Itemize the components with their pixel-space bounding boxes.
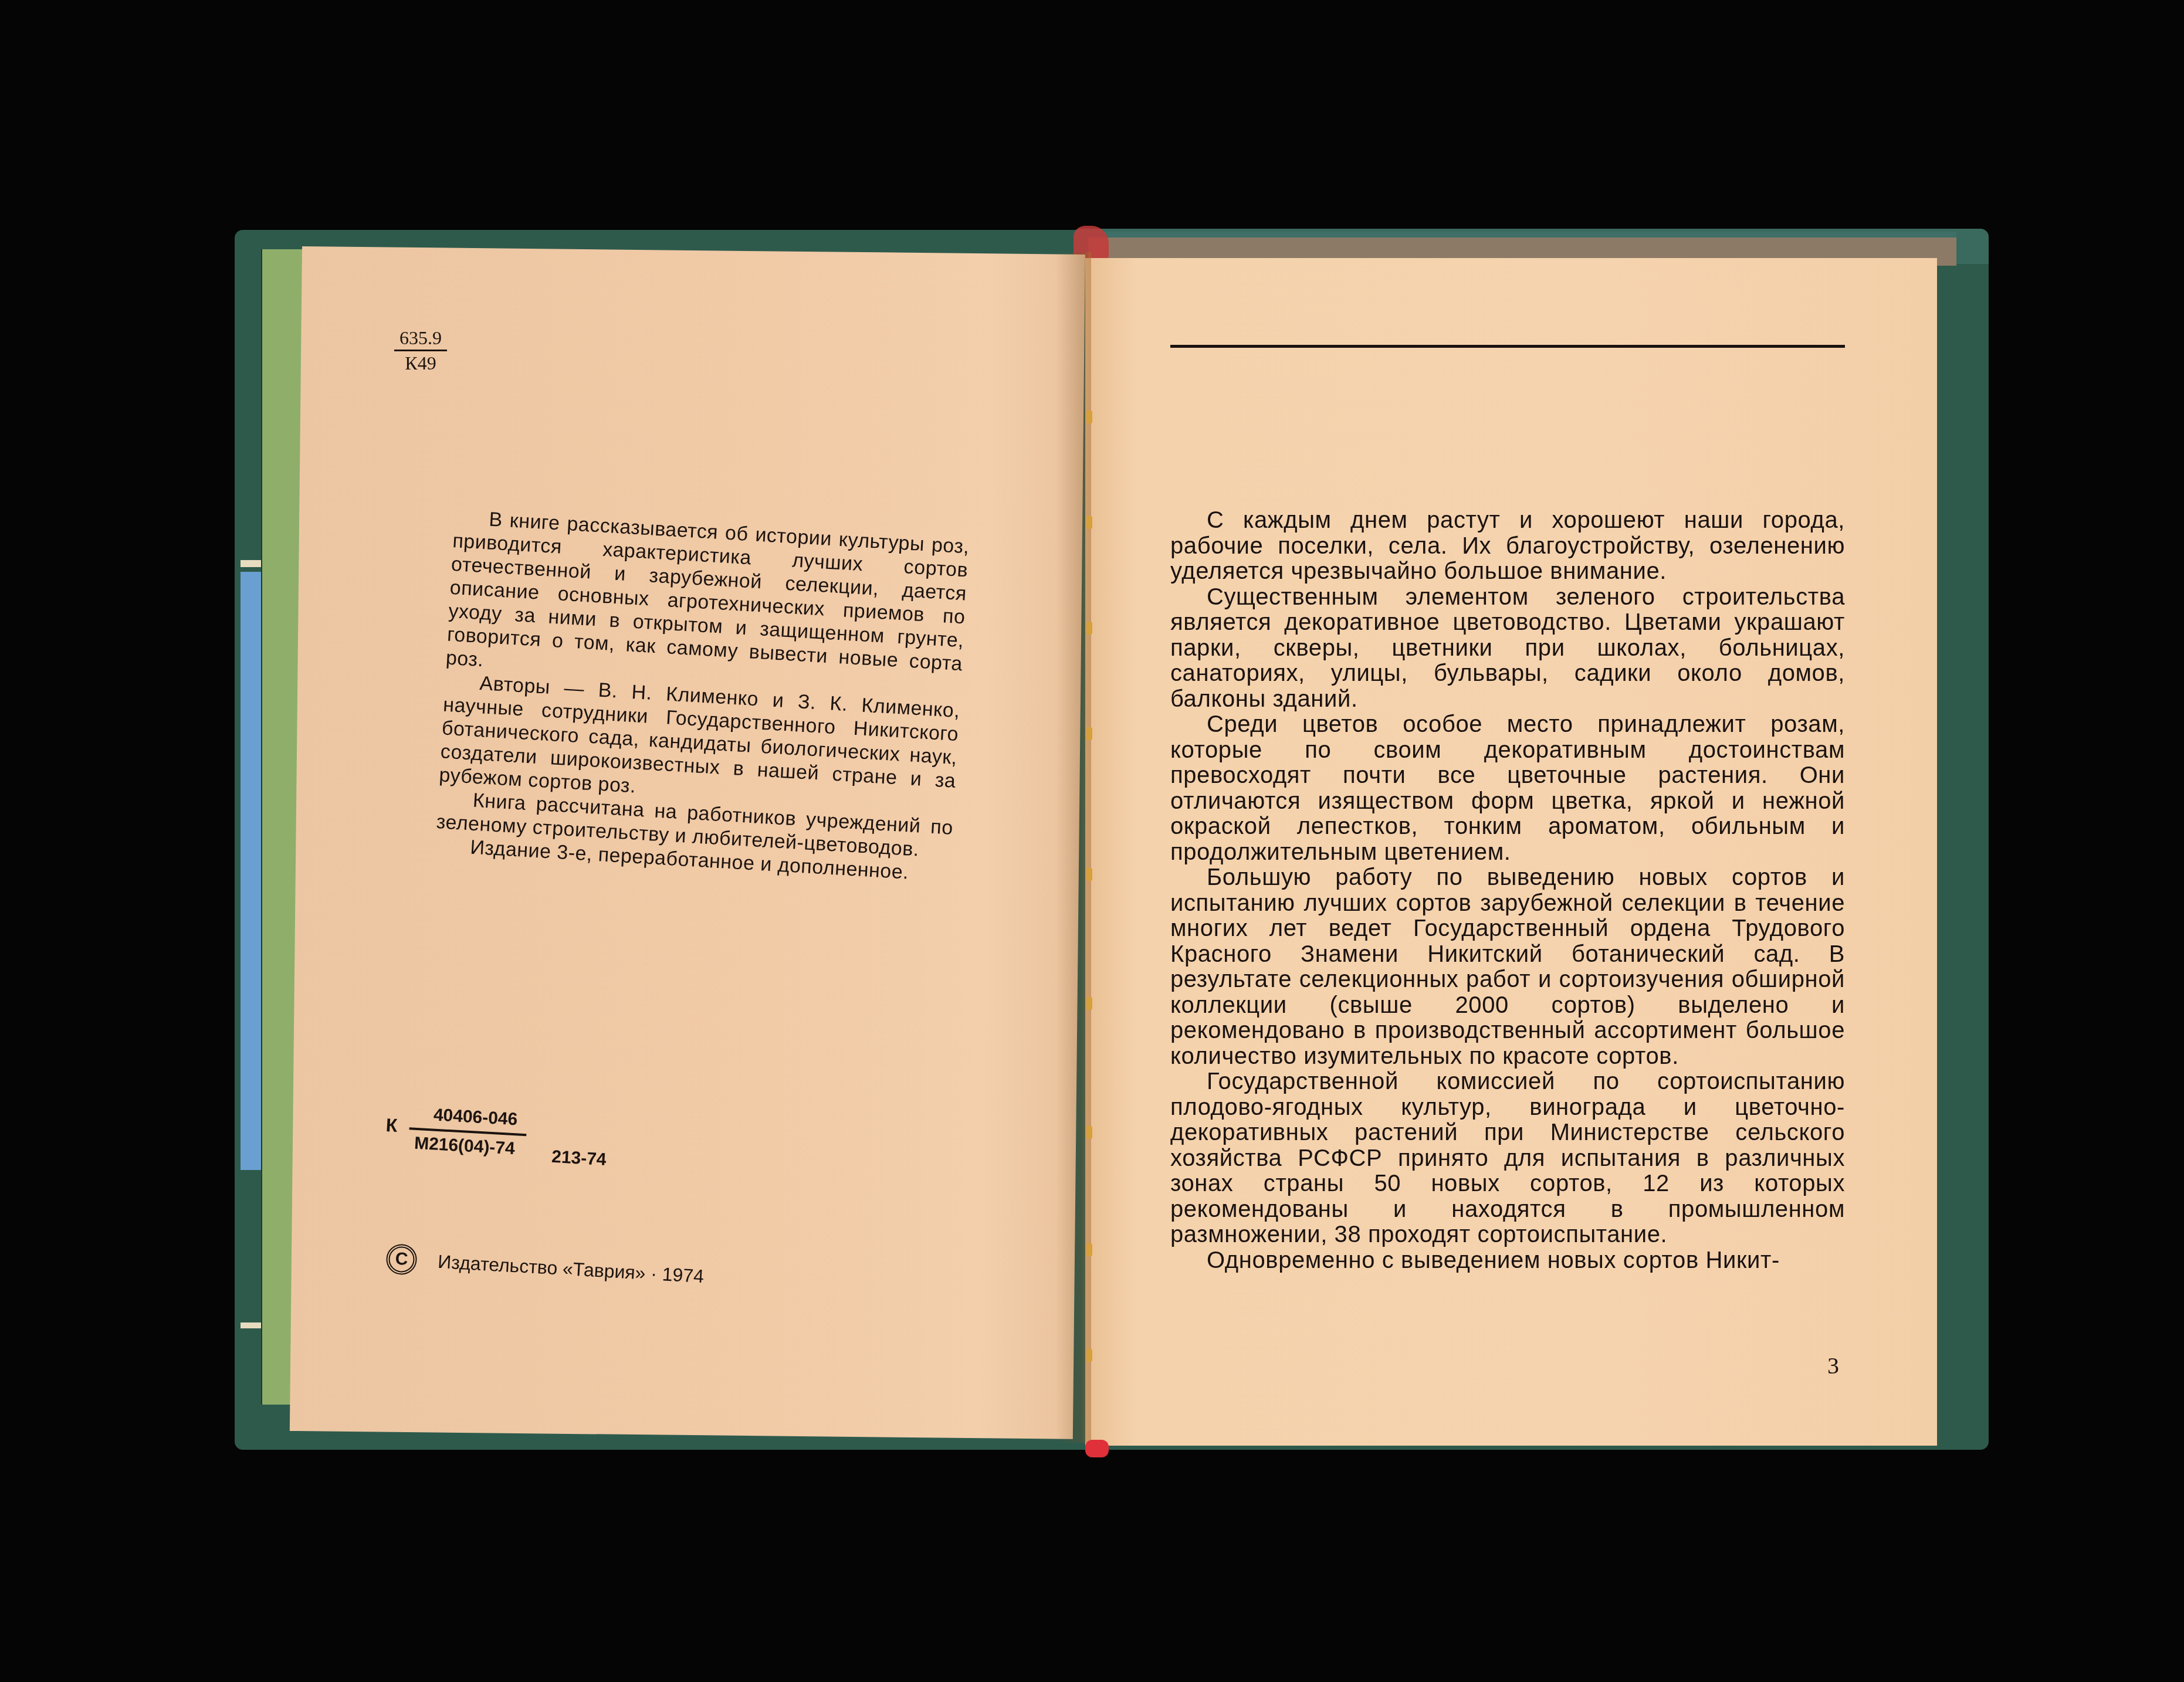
gutter xyxy=(1056,252,1091,1443)
catalog-suffix: 213-74 xyxy=(551,1147,607,1170)
catalog-prefix: К xyxy=(385,1114,398,1137)
fraction-line xyxy=(394,350,447,351)
abstract-paragraph: В книге рассказывается об истории культу… xyxy=(445,506,970,699)
author-mark: К49 xyxy=(394,352,447,374)
udc-classification: 635.9 К49 xyxy=(394,327,447,374)
header-rule xyxy=(1170,345,1845,348)
catalog-denominator: М216(04)-74 xyxy=(414,1134,515,1159)
paragraph: Государственной комиссией по сортоиспыта… xyxy=(1170,1069,1845,1248)
paragraph: Среди цветов особое место принадлежит ро… xyxy=(1170,712,1845,865)
binding-stitch xyxy=(1086,868,1092,881)
paragraph: Одновременно с выведением новых сортов Н… xyxy=(1170,1248,1845,1274)
binding-stitch xyxy=(1086,622,1092,635)
paragraph: Большую работу по выведению новых сортов… xyxy=(1170,865,1845,1069)
paragraph: Существенным элементом зеленого строител… xyxy=(1170,585,1845,713)
binding-stitch xyxy=(1086,1126,1092,1139)
binding-stitch xyxy=(1086,727,1092,740)
catalog-code: К 40406-046 М216(04)-74 213-74 xyxy=(384,1103,633,1181)
binding-stitch xyxy=(1086,516,1092,529)
binding-stitch xyxy=(1086,997,1092,1010)
page-number: 3 xyxy=(1827,1352,1839,1379)
book-abstract: В книге рассказывается об истории культу… xyxy=(434,506,970,887)
body-text: С каждым днем растут и хорошеют наши гор… xyxy=(1170,508,1845,1273)
binding-stitch xyxy=(1086,1349,1092,1362)
catalog-numerator: 40406-046 xyxy=(433,1105,518,1130)
copyright-icon: C xyxy=(385,1243,418,1276)
paragraph: С каждым днем растут и хорошеют наши гор… xyxy=(1170,508,1845,585)
binding-stitch xyxy=(1086,1243,1092,1256)
headband-bottom xyxy=(1085,1440,1109,1457)
binding-stitch xyxy=(1086,411,1092,423)
udc-number: 635.9 xyxy=(394,327,447,348)
